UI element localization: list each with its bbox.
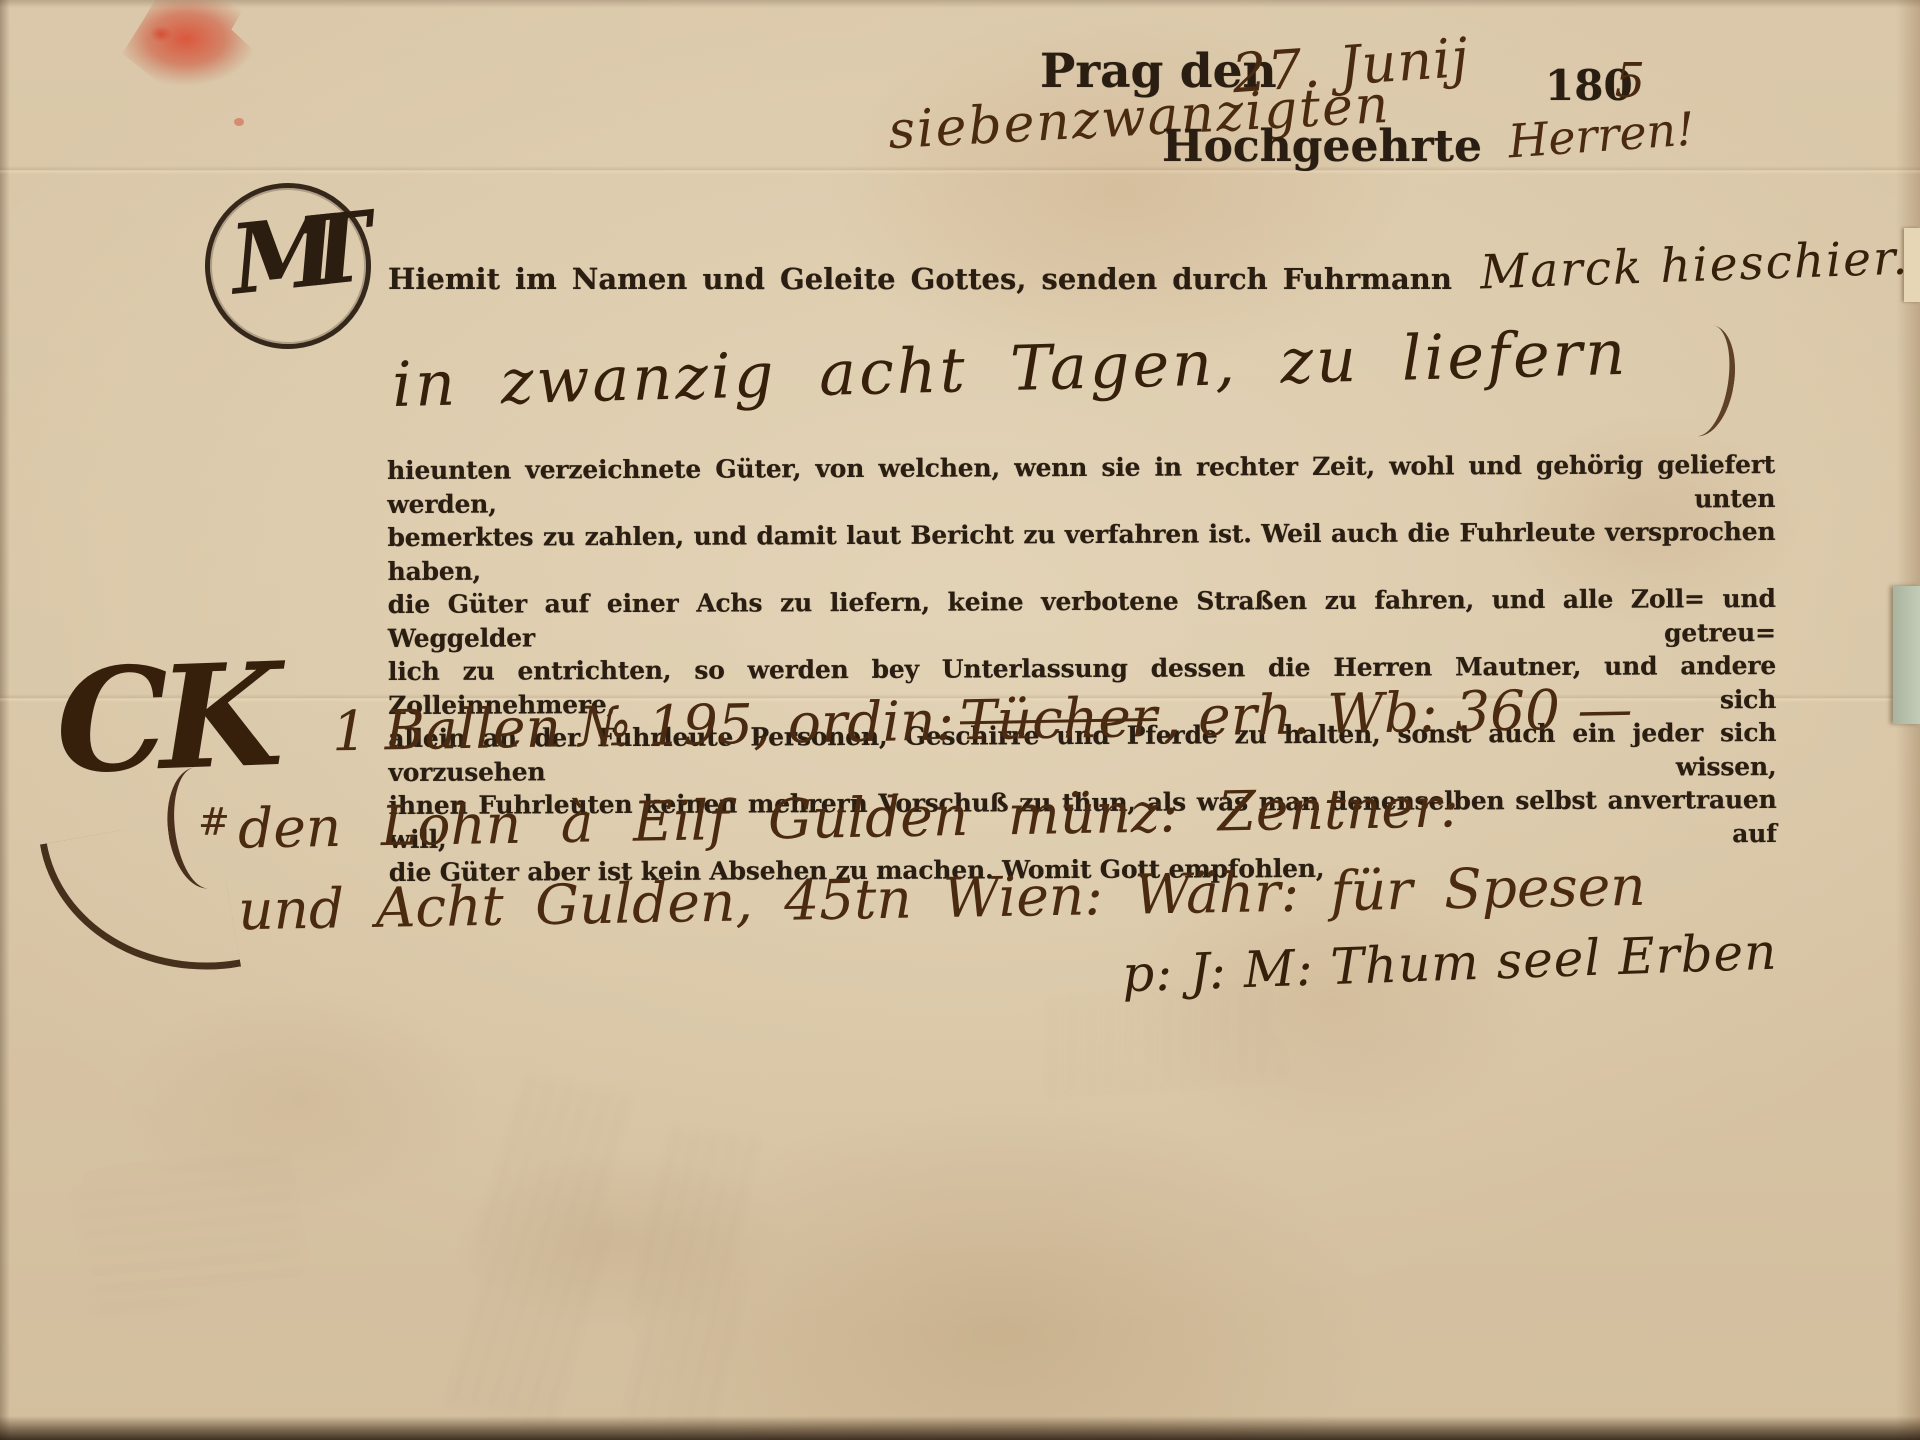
waybill-document-scan: Prag den 27. Junij 1805 siebenzwanzigten… bbox=[0, 0, 1920, 1440]
opening-line: Hiemit im Namen und Geleite Gottes, send… bbox=[388, 246, 1909, 301]
scan-edge-left bbox=[0, 0, 10, 1440]
ink-flourish-sweep bbox=[40, 814, 241, 997]
cargo-prefix: 1 Ballen № 195, ordin: bbox=[332, 688, 955, 763]
salutation-handwritten: Herren! bbox=[1506, 102, 1696, 169]
paragraph-line: die Güter auf einer Achs zu liefern, kei… bbox=[388, 582, 1776, 655]
year-handwritten-digit: 5 bbox=[1615, 53, 1646, 109]
red-wax-speck-icon bbox=[234, 118, 244, 126]
ink-flourish-right-paren bbox=[1683, 323, 1742, 440]
salutation-line: HochgeehrteHerren! bbox=[1162, 118, 1695, 172]
delivery-term-handwritten: in zwanzig acht Tagen, zu liefern bbox=[391, 316, 1629, 421]
ink-bleedthrough bbox=[70, 1142, 311, 1318]
monogram-letters: MT bbox=[225, 193, 342, 316]
scan-edge-top bbox=[0, 0, 1920, 8]
red-wax-dot-icon bbox=[150, 26, 172, 42]
consignment-mark-handwritten: CK bbox=[54, 644, 275, 793]
ink-bleedthrough bbox=[1037, 982, 1283, 1098]
salutation-printed: Hochgeehrte bbox=[1162, 121, 1482, 172]
opening-printed-text: Hiemit im Namen und Geleite Gottes, send… bbox=[388, 262, 1452, 296]
year-group: 1805 bbox=[1545, 56, 1645, 112]
ink-bleedthrough bbox=[620, 1125, 761, 1436]
red-wax-stain-icon bbox=[116, 0, 272, 126]
adjacent-paper-sliver-green bbox=[1893, 586, 1920, 724]
adjacent-paper-tab bbox=[1904, 228, 1920, 302]
scan-edge-bottom bbox=[0, 1416, 1920, 1440]
cargo-suffix: , erh. Wb: 360 — bbox=[1163, 677, 1633, 749]
paragraph-line: bemerktes zu zahlen, und damit laut Beri… bbox=[387, 515, 1775, 588]
ink-bleedthrough bbox=[446, 1071, 634, 1429]
carrier-name-handwritten: Marck hieschier. bbox=[1479, 231, 1910, 301]
paragraph-line: hieunten verzeichnete Güter, von welchen… bbox=[387, 448, 1775, 521]
cargo-struck-word: Tücher bbox=[959, 685, 1157, 752]
monogram-seal-icon: MT bbox=[197, 175, 379, 357]
